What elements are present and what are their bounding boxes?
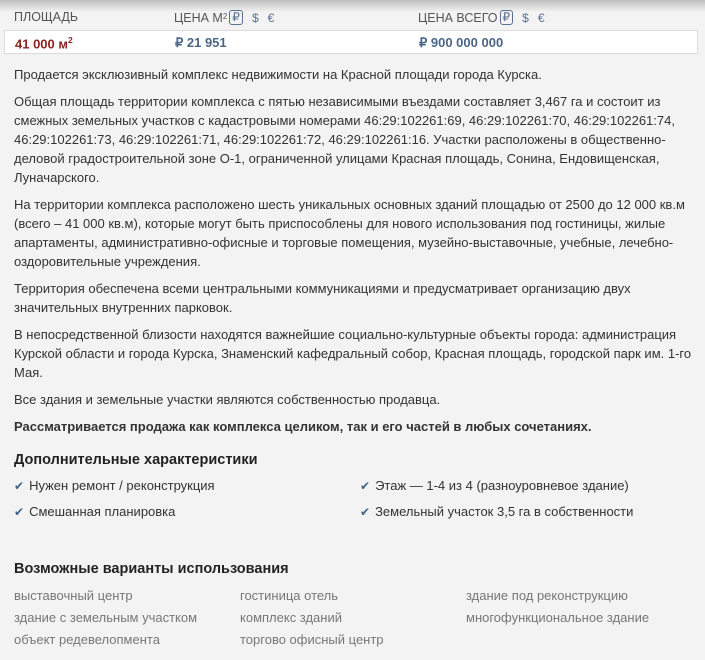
characteristic-item: ✔Земельный участок 3,5 га в собственност…	[360, 504, 633, 519]
price-table-row: 41 000 м2 ₽ 21 951 ₽ 900 000 000	[4, 30, 698, 54]
currency-rub-button[interactable]: ₽	[500, 10, 514, 25]
listing-page: ПЛОЩАДЬ ЦЕНА М2 ₽ $ € ЦЕНА ВСЕГО ₽ $ € 4…	[0, 0, 705, 660]
header-price-total: ЦЕНА ВСЕГО ₽ $ €	[418, 10, 545, 25]
description-paragraph: На территории комплекса расположено шест…	[14, 195, 699, 271]
check-icon: ✔	[14, 505, 24, 519]
description: Продается эксклюзивный комплекс недвижим…	[14, 65, 699, 444]
usage-item[interactable]: торгово офисный центр	[240, 632, 384, 647]
header-area-label: ПЛОЩАДЬ	[14, 10, 78, 24]
header-price-total-label: ЦЕНА ВСЕГО	[418, 11, 498, 25]
currency-rub-button[interactable]: ₽	[229, 10, 243, 25]
usage-item[interactable]: объект редевелопмента	[14, 632, 160, 647]
characteristic-item: ✔Этаж — 1-4 из 4 (разноуровневое здание)	[360, 478, 629, 493]
usage-item[interactable]: здание под реконструкцию	[466, 588, 628, 603]
description-bold-paragraph: Рассматривается продажа как комплекса це…	[14, 417, 699, 436]
usage-item[interactable]: многофункциональное здание	[466, 610, 649, 625]
characteristics-title: Дополнительные характеристики	[14, 452, 258, 468]
description-paragraph: Продается эксклюзивный комплекс недвижим…	[14, 65, 699, 84]
currency-usd-button[interactable]: $	[522, 11, 529, 25]
header-price-per-m2-label: ЦЕНА М	[174, 11, 223, 25]
superscript: 2	[68, 35, 73, 45]
characteristic-item: ✔Смешанная планировка	[14, 504, 175, 519]
usage-item[interactable]: выставочный центр	[14, 588, 133, 603]
characteristic-label: Земельный участок 3,5 га в собственности	[375, 504, 633, 519]
description-paragraph: В непосредственной близости находятся ва…	[14, 325, 699, 382]
check-icon: ✔	[360, 505, 370, 519]
currency-usd-button[interactable]: $	[252, 11, 259, 25]
characteristic-label: Нужен ремонт / реконструкция	[29, 478, 215, 493]
usage-item[interactable]: гостиница отель	[240, 588, 338, 603]
check-icon: ✔	[360, 479, 370, 493]
price-per-m2-value: ₽ 21 951	[175, 35, 227, 51]
check-icon: ✔	[14, 479, 24, 493]
description-paragraph: Все здания и земельные участки являются …	[14, 390, 699, 409]
usage-item[interactable]: здание с земельным участком	[14, 610, 197, 625]
characteristic-item: ✔Нужен ремонт / реконструкция	[14, 478, 215, 493]
usage-title: Возможные варианты использования	[14, 561, 289, 577]
characteristic-label: Этаж — 1-4 из 4 (разноуровневое здание)	[375, 478, 629, 493]
characteristic-label: Смешанная планировка	[29, 504, 175, 519]
currency-eur-button[interactable]: €	[538, 11, 545, 25]
price-table-header: ПЛОЩАДЬ ЦЕНА М2 ₽ $ € ЦЕНА ВСЕГО ₽ $ €	[0, 0, 705, 32]
description-paragraph: Территория обеспечена всеми центральными…	[14, 279, 699, 317]
header-price-per-m2: ЦЕНА М2 ₽ $ €	[174, 10, 274, 25]
currency-eur-button[interactable]: €	[268, 11, 275, 25]
usage-item[interactable]: комплекс зданий	[240, 610, 342, 625]
superscript: 2	[223, 12, 227, 21]
description-paragraph: Общая площадь территории комплекса с пят…	[14, 92, 699, 187]
area-value-text: 41 000 м	[15, 36, 68, 51]
price-total-value: ₽ 900 000 000	[419, 35, 503, 51]
header-area: ПЛОЩАДЬ	[14, 10, 78, 24]
area-value: 41 000 м2	[15, 35, 73, 51]
